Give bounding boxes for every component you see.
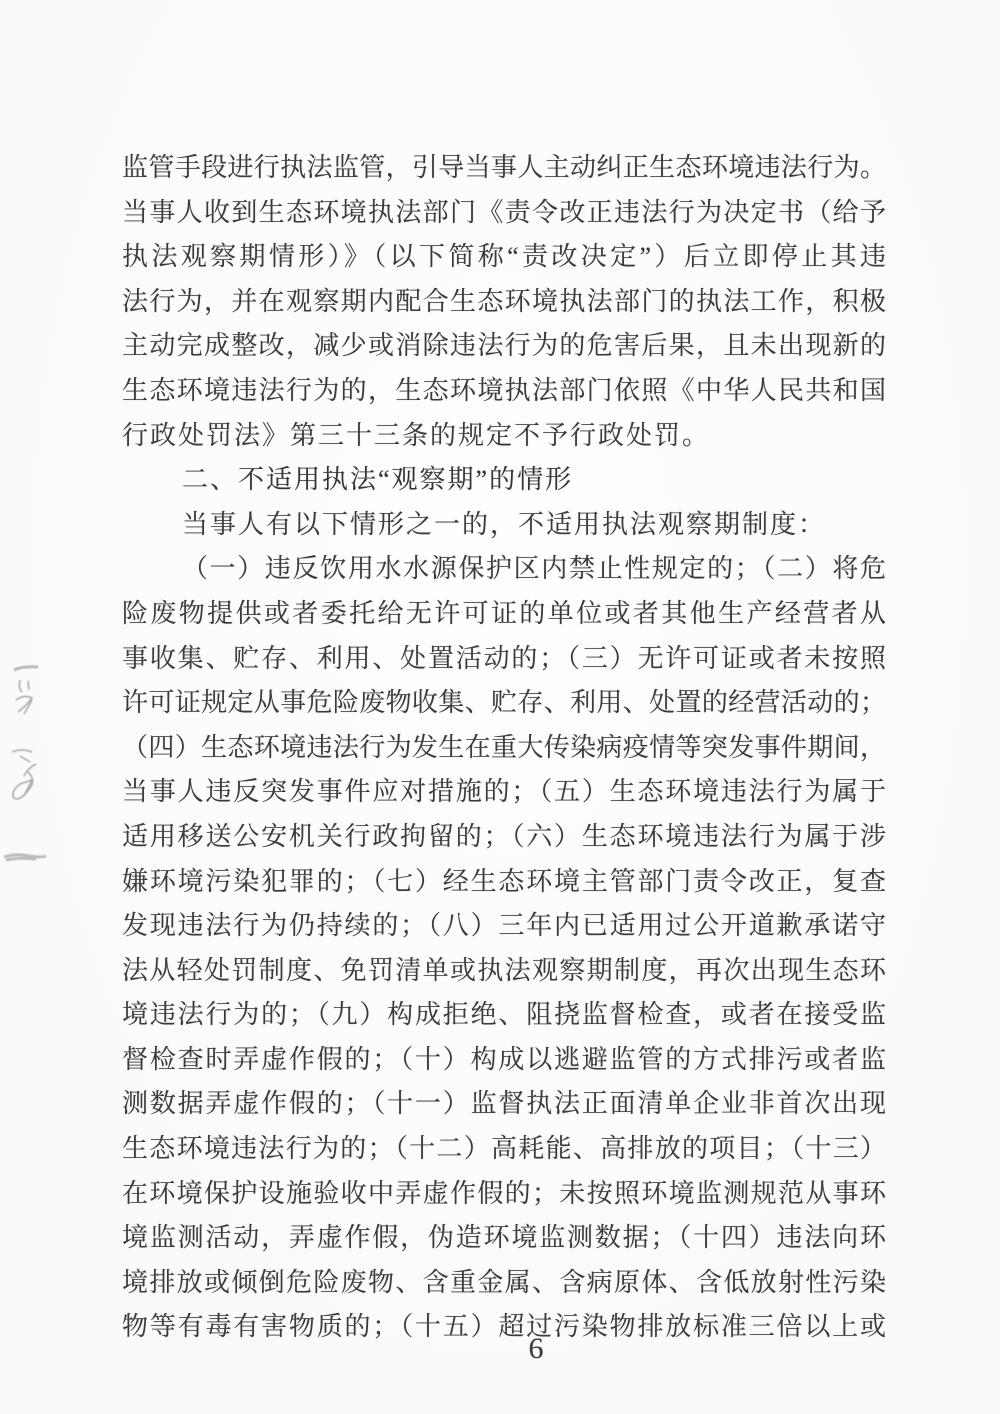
text-line: 法行为，并在观察期内配合生态环境执法部门的执法工作，积极 xyxy=(122,280,886,325)
text-line: （四）生态环境违法行为发生在重大传染病疫情等突发事件期间， xyxy=(122,726,886,771)
margin-smudge-dash xyxy=(12,662,42,674)
text-line: 执法观察期情形）》（以下简称“责改决定”）后立即停止其违 xyxy=(122,235,886,280)
text-line: 适用移送公安机关行政拘留的；（六）生态环境违法行为属于涉 xyxy=(122,815,886,860)
text-line: 生态环境违法行为的，生态环境执法部门依照《中华人民共和国 xyxy=(122,369,886,414)
margin-smudge-bar xyxy=(2,850,48,864)
text-line: （一）违反饮用水水源保护区内禁止性规定的；（二）将危 xyxy=(122,547,886,592)
text-line: 发现违法行为仍持续的；（八）三年内已适用过公开道歉承诺守 xyxy=(122,904,886,949)
text-line: 境监测活动，弄虚作假，伪造环境监测数据；（十四）违法向环 xyxy=(122,1216,886,1261)
text-line: 险废物提供或者委托给无许可证的单位或者其他生产经营者从 xyxy=(122,592,886,637)
text-line: 事收集、贮存、利用、处置活动的；（三）无许可证或者未按照 xyxy=(122,637,886,682)
text-line: 当事人违反突发事件应对措施的；（五）生态环境违法行为属于 xyxy=(122,770,886,815)
text-line: 生态环境违法行为的；（十二）高耗能、高排放的项目；（十三） xyxy=(122,1127,886,1172)
text-line: 监管手段进行执法监管，引导当事人主动纠正生态环境违法行为。 xyxy=(122,146,886,191)
page-number: 6 xyxy=(36,1332,1000,1366)
text-line: 主动完成整改，减少或消除违法行为的危害后果，且未出现新的 xyxy=(122,324,886,369)
margin-smudge-handwriting-1 xyxy=(8,676,46,718)
text-line: 在环境保护设施验收中弄虚作假的；未按照环境监测规范从事环 xyxy=(122,1172,886,1217)
text-line: 测数据弄虚作假的；（十一）监督执法正面清单企业非首次出现 xyxy=(122,1082,886,1127)
text-line: 行政处罚法》第三十三条的规定不予行政处罚。 xyxy=(122,414,886,459)
text-line: 境排放或倾倒危险废物、含重金属、含病原体、含低放射性污染 xyxy=(122,1261,886,1306)
text-line: 境违法行为的；（九）构成拒绝、阻挠监督检查，或者在接受监 xyxy=(122,993,886,1038)
text-line: 督检查时弄虚作假的；（十）构成以逃避监管的方式排污或者监 xyxy=(122,1038,886,1083)
scanned-document-page: 监管手段进行执法监管，引导当事人主动纠正生态环境违法行为。当事人收到生态环境执法… xyxy=(0,0,1000,1414)
text-line: 嫌环境污染犯罪的；（七）经生态环境主管部门责令改正，复查 xyxy=(122,860,886,905)
margin-smudge-handwriting-2 xyxy=(6,746,54,806)
text-block: 监管手段进行执法监管，引导当事人主动纠正生态环境违法行为。当事人收到生态环境执法… xyxy=(122,146,886,1350)
text-line: 当事人收到生态环境执法部门《责令改正违法行为决定书（给予 xyxy=(122,191,886,236)
heading-line: 二、不适用执法“观察期”的情形 xyxy=(122,458,886,503)
text-line: 许可证规定从事危险废物收集、贮存、利用、处置的经营活动的； xyxy=(122,681,886,726)
text-line: 当事人有以下情形之一的，不适用执法观察期制度： xyxy=(122,503,886,548)
text-line: 法从轻处罚制度、免罚清单或执法观察期制度，再次出现生态环 xyxy=(122,949,886,994)
